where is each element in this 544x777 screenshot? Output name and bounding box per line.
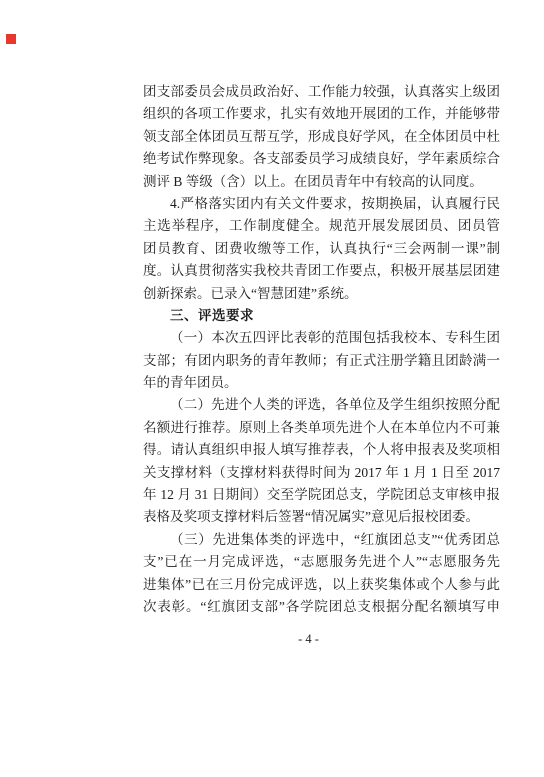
text-line: 支”已在一月完成评选，“志愿服务先进个人”“志愿服务先 xyxy=(143,551,500,573)
text-line: 度。认真贯彻落实我校共青团工作要点，积极开展基层团建 xyxy=(143,260,500,282)
text-line: 进集体”已在三月份完成评选，以上获奖集体或个人参与此 xyxy=(143,574,500,596)
document-page: 团支部委员会成员政治好、工作能力较强，认真落实上级团 组织的各项工作要求，扎实有… xyxy=(0,0,544,777)
page-number: - 4 - xyxy=(130,629,487,649)
text-line: （一）本次五四评比表彰的范围包括我校本、专科生团 xyxy=(143,327,500,349)
text-line: 年的青年团员。 xyxy=(143,372,500,394)
text-line: （二）先进个人类的评选，各单位及学生组织按照分配 xyxy=(143,394,500,416)
text-line: 测评 B 等级（含）以上。在团员青年中有较高的认同度。 xyxy=(143,171,500,193)
text-line: 4.严格落实团内有关文件要求，按期换届，认真履行民 xyxy=(143,193,500,215)
document-text-block: 团支部委员会成员政治好、工作能力较强，认真落实上级团 组织的各项工作要求，扎实有… xyxy=(143,81,500,618)
text-line: 得。请认真组织申报人填写推荐表，个人将申报表及奖项相 xyxy=(143,439,500,461)
section-heading: 三、评选要求 xyxy=(143,305,500,327)
text-line: 组织的各项工作要求，扎实有效地开展团的工作，并能够带 xyxy=(143,103,500,125)
text-line: （三）先进集体类的评选中，“红旗团总支”“优秀团总 xyxy=(143,529,500,551)
text-line: 团支部委员会成员政治好、工作能力较强，认真落实上级团 xyxy=(143,81,500,103)
text-line: 创新探索。已录入“智慧团建”系统。 xyxy=(143,283,500,305)
text-line: 名额进行推荐。原则上各类单项先进个人在本单位内不可兼 xyxy=(143,417,500,439)
text-line: 领支部全体团员互帮互学，形成良好学风，在全体团员中杜 xyxy=(143,126,500,148)
text-line: 年 12 月 31 日期间）交至学院团总支，学院团总支审核申报 xyxy=(143,484,500,506)
text-line: 表格及奖项支撑材料后签署“情况属实”意见后报校团委。 xyxy=(143,506,500,528)
red-corner-mark xyxy=(6,34,16,44)
text-line: 主选举程序，工作制度健全。规范开展发展团员、团员管理、 xyxy=(143,215,500,237)
text-line: 次表彰。“红旗团支部”各学院团总支根据分配名额填写申 xyxy=(143,596,500,618)
text-line: 绝考试作弊现象。各支部委员学习成绩良好，学年素质综合 xyxy=(143,148,500,170)
text-line: 团员教育、团费收缴等工作，认真执行“三会两制一课”制 xyxy=(143,238,500,260)
text-line: 支部；有团内职务的青年教师；有正式注册学籍且团龄满一 xyxy=(143,350,500,372)
text-line: 关支撑材料（支撑材料获得时间为 2017 年 1 月 1 日至 2017 xyxy=(143,462,500,484)
